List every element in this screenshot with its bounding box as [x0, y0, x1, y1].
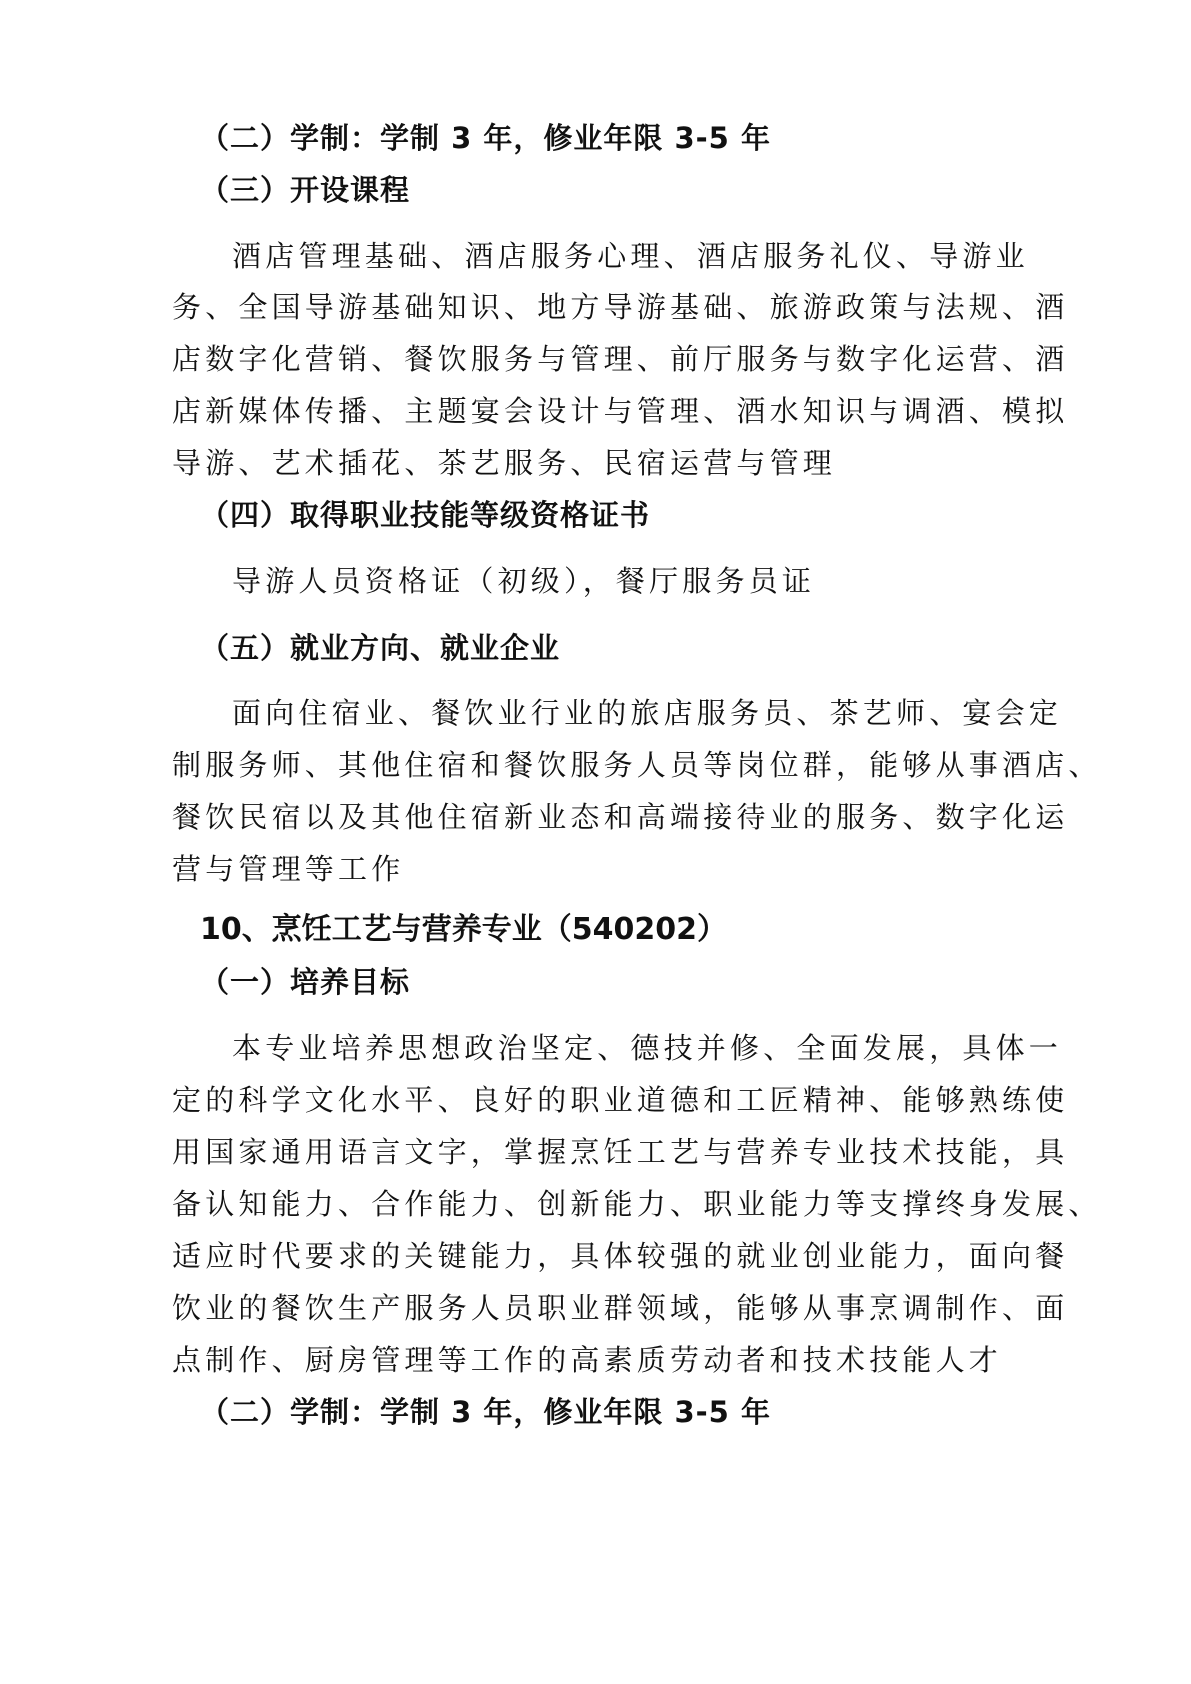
- courses-line-4: 店新媒体传播、主题宴会设计与管理、酒水知识与调酒、模拟: [172, 391, 1068, 431]
- major-title: 10、烹饪工艺与营养专业（540202）: [200, 910, 727, 950]
- section-heading-duration: （二）学制：学制 3 年，修业年限 3-5 年: [200, 118, 771, 158]
- employment-line-4: 营与管理等工作: [172, 849, 404, 889]
- employment-line-2: 制服务师、其他住宿和餐饮服务人员等岗位群，能够从事酒店、: [172, 745, 1102, 785]
- objectives-line-6: 饮业的餐饮生产服务人员职业群领域，能够从事烹调制作、面: [172, 1288, 1068, 1328]
- section-heading-objectives: （一）培养目标: [200, 962, 410, 1002]
- section-heading-courses: （三）开设课程: [200, 170, 410, 210]
- objectives-line-5: 适应时代要求的关键能力，具体较强的就业创业能力，面向餐: [172, 1236, 1068, 1276]
- objectives-line-7: 点制作、厨房管理等工作的高素质劳动者和技术技能人才: [172, 1340, 1002, 1380]
- certificates-text: 导游人员资格证（初级），餐厅服务员证: [232, 561, 815, 601]
- objectives-line-4: 备认知能力、合作能力、创新能力、职业能力等支撑终身发展、: [172, 1184, 1102, 1224]
- objectives-line-3: 用国家通用语言文字，掌握烹饪工艺与营养专业技术技能，具: [172, 1132, 1068, 1172]
- courses-line-3: 店数字化营销、餐饮服务与管理、前厅服务与数字化运营、酒: [172, 339, 1068, 379]
- courses-line-1: 酒店管理基础、酒店服务心理、酒店服务礼仪、导游业: [232, 236, 1029, 276]
- employment-line-3: 餐饮民宿以及其他住宿新业态和高端接待业的服务、数字化运: [172, 797, 1068, 837]
- section-heading-duration-2: （二）学制：学制 3 年，修业年限 3-5 年: [200, 1392, 771, 1432]
- objectives-line-1: 本专业培养思想政治坚定、德技并修、全面发展，具体一: [232, 1028, 1062, 1068]
- section-heading-certificates: （四）取得职业技能等级资格证书: [200, 495, 650, 535]
- courses-line-5: 导游、艺术插花、茶艺服务、民宿运营与管理: [172, 443, 836, 483]
- employment-line-1: 面向住宿业、餐饮业行业的旅店服务员、茶艺师、宴会定: [232, 693, 1062, 733]
- courses-line-2: 务、全国导游基础知识、地方导游基础、旅游政策与法规、酒: [172, 287, 1068, 327]
- document-page: （二）学制：学制 3 年，修业年限 3-5 年 （三）开设课程 酒店管理基础、酒…: [0, 0, 1191, 1684]
- objectives-line-2: 定的科学文化水平、良好的职业道德和工匠精神、能够熟练使: [172, 1080, 1068, 1120]
- section-heading-employment: （五）就业方向、就业企业: [200, 628, 560, 668]
